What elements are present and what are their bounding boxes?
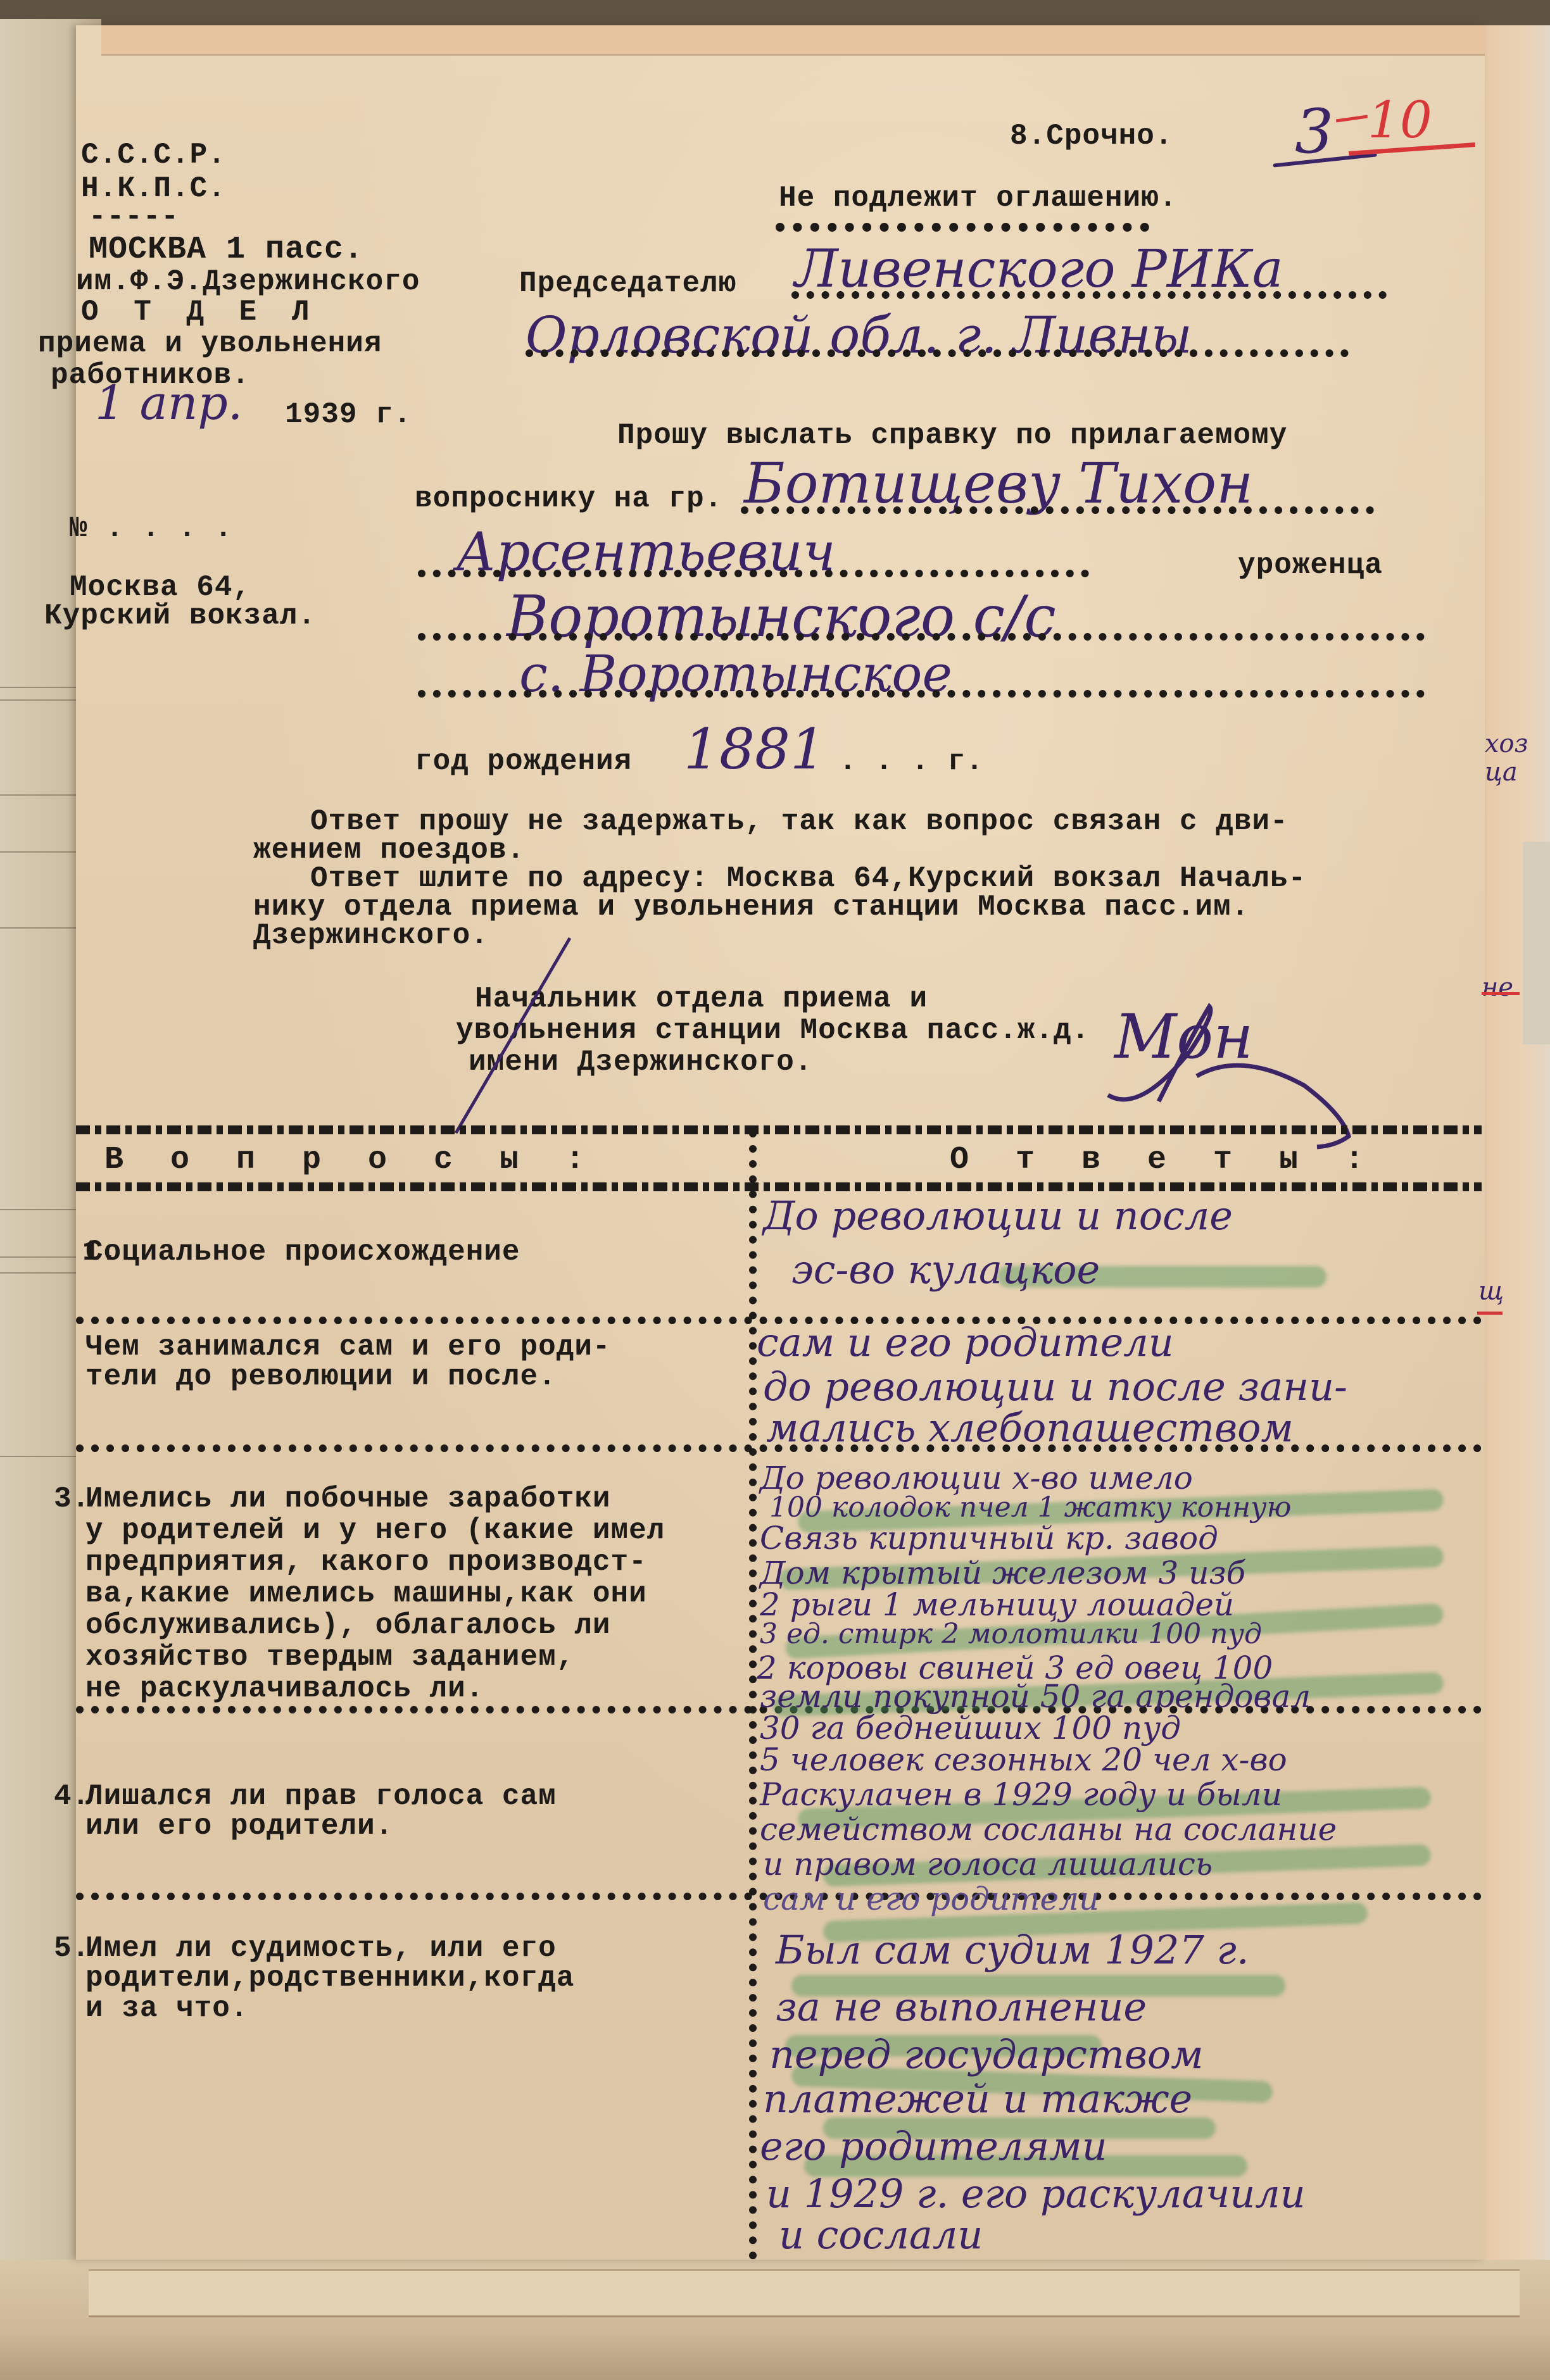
answer-text: Раскулачен в 1929 году и были <box>760 1779 1282 1810</box>
question-text: родители,родственники,когда <box>85 1963 574 1993</box>
question-text: Имелись ли побочные заработки <box>85 1484 611 1513</box>
answer-text: его родителями <box>760 2127 1107 2166</box>
column-header-answers: О т в е т ы : <box>950 1144 1378 1176</box>
question-number: 5. <box>54 1934 90 1963</box>
answer-text: и 1929 г. его раскулачили <box>766 2174 1306 2214</box>
question-text: Социальное происхождение <box>85 1237 520 1267</box>
column-header-questions: В о п р о с ы : <box>104 1144 598 1176</box>
answer-text: мались хлебопашеством <box>766 1408 1294 1448</box>
answer-text: 100 колодок пчел 1 жатку конную <box>769 1494 1291 1522</box>
answer-text: до революции и после зани- <box>763 1367 1347 1406</box>
table-header-rule <box>76 1182 1482 1191</box>
question-text: у родителей и у него (какие имел <box>85 1516 665 1545</box>
answer-text: сам и его родители <box>763 1883 1099 1915</box>
answer-text: сам и его родители <box>757 1323 1174 1362</box>
answer-text: 30 га беднейших 100 пуд <box>760 1712 1181 1744</box>
answer-text: Был сам судим 1927 г. <box>776 1931 1249 1970</box>
answer-text: 5 человек сезонных 20 чел х-во <box>760 1744 1287 1776</box>
answer-text: эс-во кулацкое <box>791 1250 1100 1289</box>
question-text: или его родители. <box>85 1812 393 1841</box>
question-number: 3. <box>54 1484 90 1513</box>
answer-text: 2 рыги 1 мельницу лошадей <box>760 1589 1234 1620</box>
question-text: хозяйство твердым заданием, <box>85 1643 574 1672</box>
question-text: Имел ли судимость, или его <box>85 1934 557 1963</box>
answer-text: за не выполнение <box>776 1988 1147 2027</box>
question-text: и за что. <box>85 1994 248 2023</box>
answer-text: земли покупной 50 га арендовал <box>760 1681 1311 1712</box>
question-text: обслуживались), облагалось ли <box>85 1611 611 1640</box>
column-divider <box>749 1130 757 2260</box>
table-top-rule <box>76 1125 1482 1134</box>
answer-text: и сослали <box>779 2215 983 2255</box>
question-text: не раскулачивалось ли. <box>85 1674 484 1703</box>
answer-text: До революции х-во имело <box>760 1462 1193 1494</box>
question-text: Лишался ли прав голоса сам <box>85 1782 557 1811</box>
question-text: ва,какие имелись машины,как они <box>85 1579 647 1608</box>
question-text: тели до революции и после. <box>85 1362 557 1391</box>
answer-text: платежей и также <box>763 2079 1192 2119</box>
answer-text: перед государством <box>769 2035 1204 2074</box>
answer-text: семейством сосланы на сослание <box>760 1813 1337 1845</box>
answer-text: До революции и после <box>763 1196 1233 1236</box>
question-text: Чем занимался сам и его роди- <box>85 1332 611 1362</box>
answer-text: Дом крытый железом 3 изб <box>760 1557 1245 1589</box>
answer-text: Связь кирпичный кр. завод <box>760 1522 1218 1554</box>
question-text: предприятия, какого производст- <box>85 1548 647 1577</box>
answer-text: 3 ед. стирк 2 молотилки 100 пуд <box>760 1620 1262 1648</box>
question-number: 4. <box>54 1782 90 1811</box>
answer-text: и правом голоса лишались <box>763 1848 1213 1880</box>
